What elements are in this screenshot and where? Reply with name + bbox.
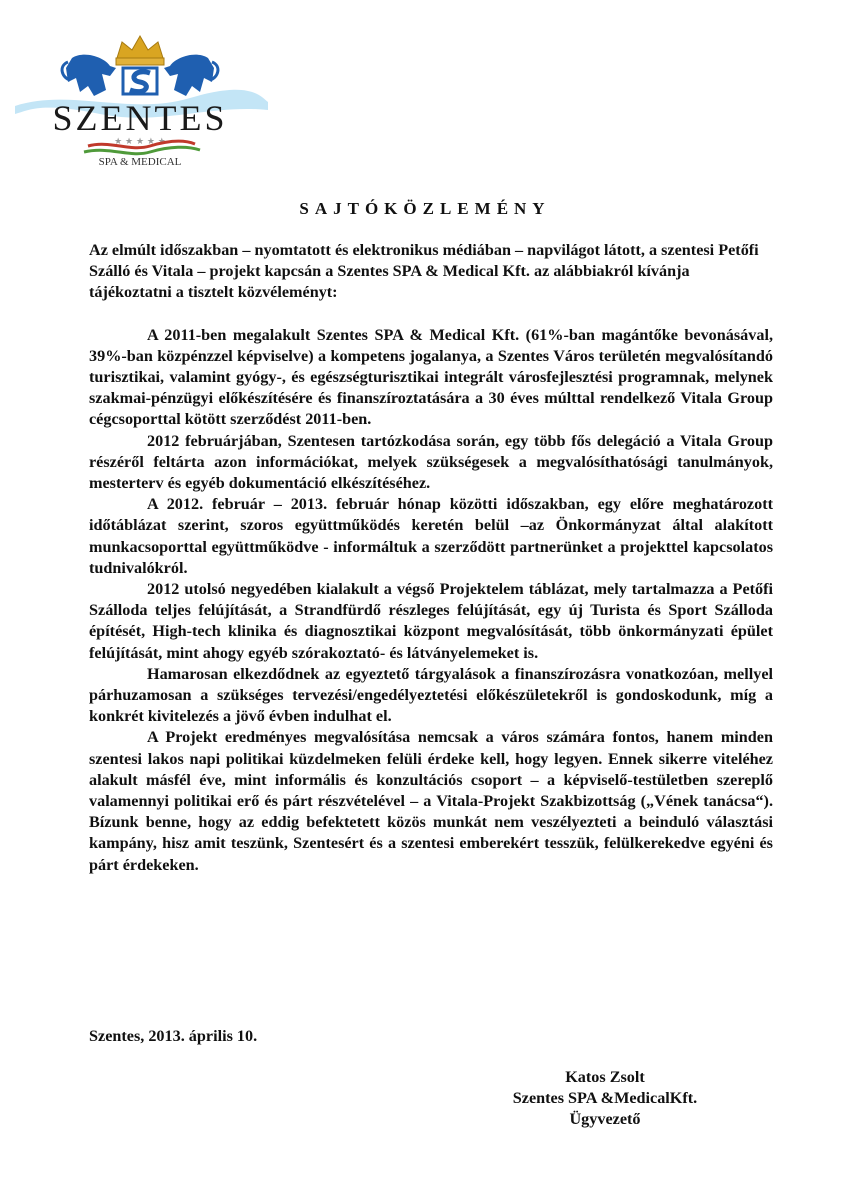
- paragraph: A Projekt eredményes megvalósítása nemcs…: [89, 727, 773, 875]
- paragraph: 2012 februárjában, Szentesen tartózkodás…: [89, 431, 773, 495]
- paragraph: A 2011-ben megalakult Szentes SPA & Medi…: [89, 325, 773, 431]
- signatory-name: Katos Zsolt: [490, 1067, 720, 1088]
- paragraph: A 2012. február – 2013. február hónap kö…: [89, 494, 773, 579]
- szentes-crest-icon: SZENTES ★ ★ ★ ★ ★ SPA & MEDICAL: [10, 18, 270, 168]
- svg-text:SZENTES: SZENTES: [52, 98, 227, 138]
- press-release-body: Az elmúlt időszakban – nyomtatott és ele…: [89, 240, 773, 876]
- signatory-company: Szentes SPA &MedicalKft.: [490, 1088, 720, 1109]
- place-and-date: Szentes, 2013. április 10.: [89, 1027, 257, 1046]
- signatory-role: Ügyvezető: [490, 1109, 720, 1130]
- intro-paragraph: Az elmúlt időszakban – nyomtatott és ele…: [89, 240, 773, 304]
- signature-block: Katos Zsolt Szentes SPA &MedicalKft. Ügy…: [490, 1067, 720, 1130]
- paragraph: 2012 utolsó negyedében kialakult a végső…: [89, 579, 773, 664]
- svg-text:SPA & MEDICAL: SPA & MEDICAL: [99, 156, 182, 168]
- paragraph: Hamarosan elkezdődnek az egyeztető tárgy…: [89, 664, 773, 728]
- document-title: SAJTÓKÖZLEMÉNY: [0, 199, 850, 219]
- company-logo: SZENTES ★ ★ ★ ★ ★ SPA & MEDICAL: [10, 18, 270, 168]
